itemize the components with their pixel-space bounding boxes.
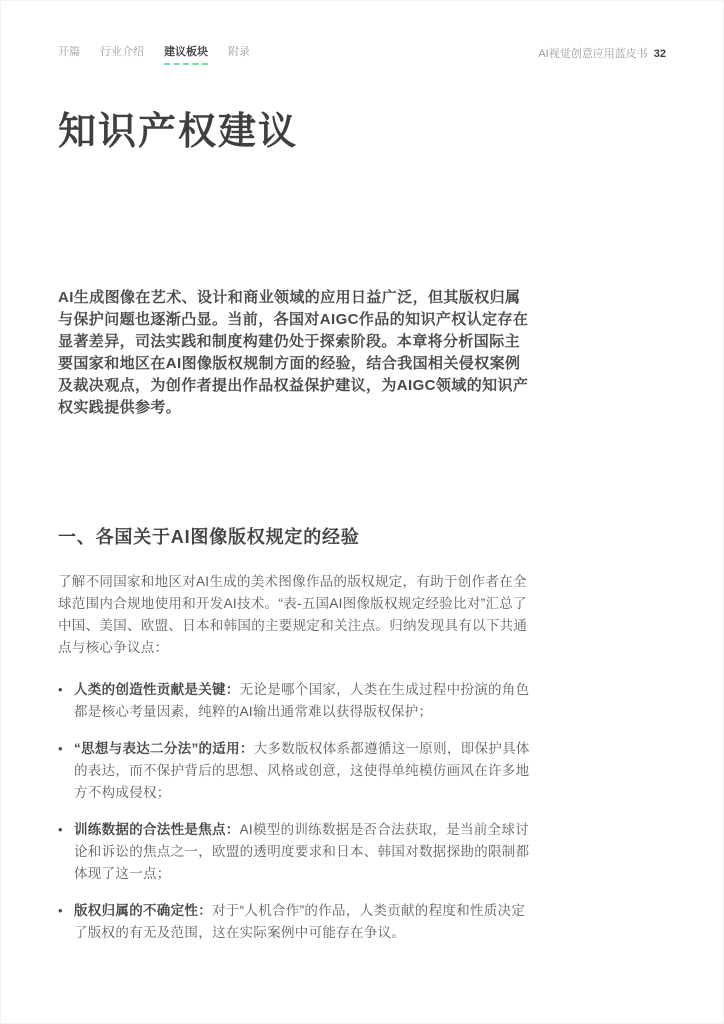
bullet-icon: • — [58, 679, 74, 701]
section-body-paragraph: 了解不同国家和地区对AI生成的美术图像作品的版权规定，有助于创作者在全球范围内合… — [58, 571, 530, 659]
list-item-lead: 训练数据的合法性是焦点： — [74, 822, 240, 837]
list-item-lead: 版权归属的不确定性： — [74, 903, 212, 918]
list-item-text: “思想与表达二分法”的适用：大多数版权体系都遵循这一原则，即保护具体的表达，而不… — [74, 738, 530, 804]
list-item-text: 版权归属的不确定性：对于“人机合作”的作品，人类贡献的程度和性质决定了版权的有无… — [74, 900, 530, 944]
chapter-nav: 开篇 行业介绍 建议板块 附录 — [58, 45, 250, 65]
bullet-icon: • — [58, 819, 74, 841]
nav-item-industry-intro[interactable]: 行业介绍 — [100, 45, 144, 65]
bullet-icon: • — [58, 900, 74, 922]
nav-item-opening[interactable]: 开篇 — [58, 45, 80, 65]
list-item: • 人类的创造性贡献是关键：无论是哪个国家，人类在生成过程中扮演的角色都是核心考… — [58, 679, 530, 723]
bullet-icon: • — [58, 738, 74, 760]
running-header: AI视觉创意应用蓝皮书32 — [538, 45, 666, 61]
list-item: • 训练数据的合法性是焦点：AI模型的训练数据是否合法获取，是当前全球讨论和诉讼… — [58, 819, 530, 885]
list-item-text: 人类的创造性贡献是关键：无论是哪个国家，人类在生成过程中扮演的角色都是核心考量因… — [74, 679, 530, 723]
section-heading: 一、各国关于AI图像版权规定的经验 — [58, 523, 666, 549]
nav-item-appendix[interactable]: 附录 — [228, 45, 250, 65]
list-item: • “思想与表达二分法”的适用：大多数版权体系都遵循这一原则，即保护具体的表达，… — [58, 738, 530, 804]
document-page: 开篇 行业介绍 建议板块 附录 AI视觉创意应用蓝皮书32 知识产权建议 AI生… — [0, 0, 724, 944]
nav-item-suggestions-active[interactable]: 建议板块 — [164, 45, 208, 65]
list-item-text: 训练数据的合法性是焦点：AI模型的训练数据是否合法获取，是当前全球讨论和诉讼的焦… — [74, 819, 530, 885]
intro-paragraph: AI生成图像在艺术、设计和商业领域的应用日益广泛，但其版权归属与保护问题也逐渐凸… — [58, 287, 530, 419]
list-item-lead: 人类的创造性贡献是关键： — [74, 682, 240, 697]
page-number: 32 — [654, 48, 666, 60]
key-points-list: • 人类的创造性贡献是关键：无论是哪个国家，人类在生成过程中扮演的角色都是核心考… — [58, 679, 530, 944]
list-item: • 版权归属的不确定性：对于“人机合作”的作品，人类贡献的程度和性质决定了版权的… — [58, 900, 530, 944]
chapter-title: 知识产权建议 — [58, 109, 666, 155]
book-title: AI视觉创意应用蓝皮书 — [538, 48, 647, 60]
list-item-lead: “思想与表达二分法”的适用： — [74, 741, 254, 756]
page-header: 开篇 行业介绍 建议板块 附录 AI视觉创意应用蓝皮书32 — [58, 45, 666, 65]
